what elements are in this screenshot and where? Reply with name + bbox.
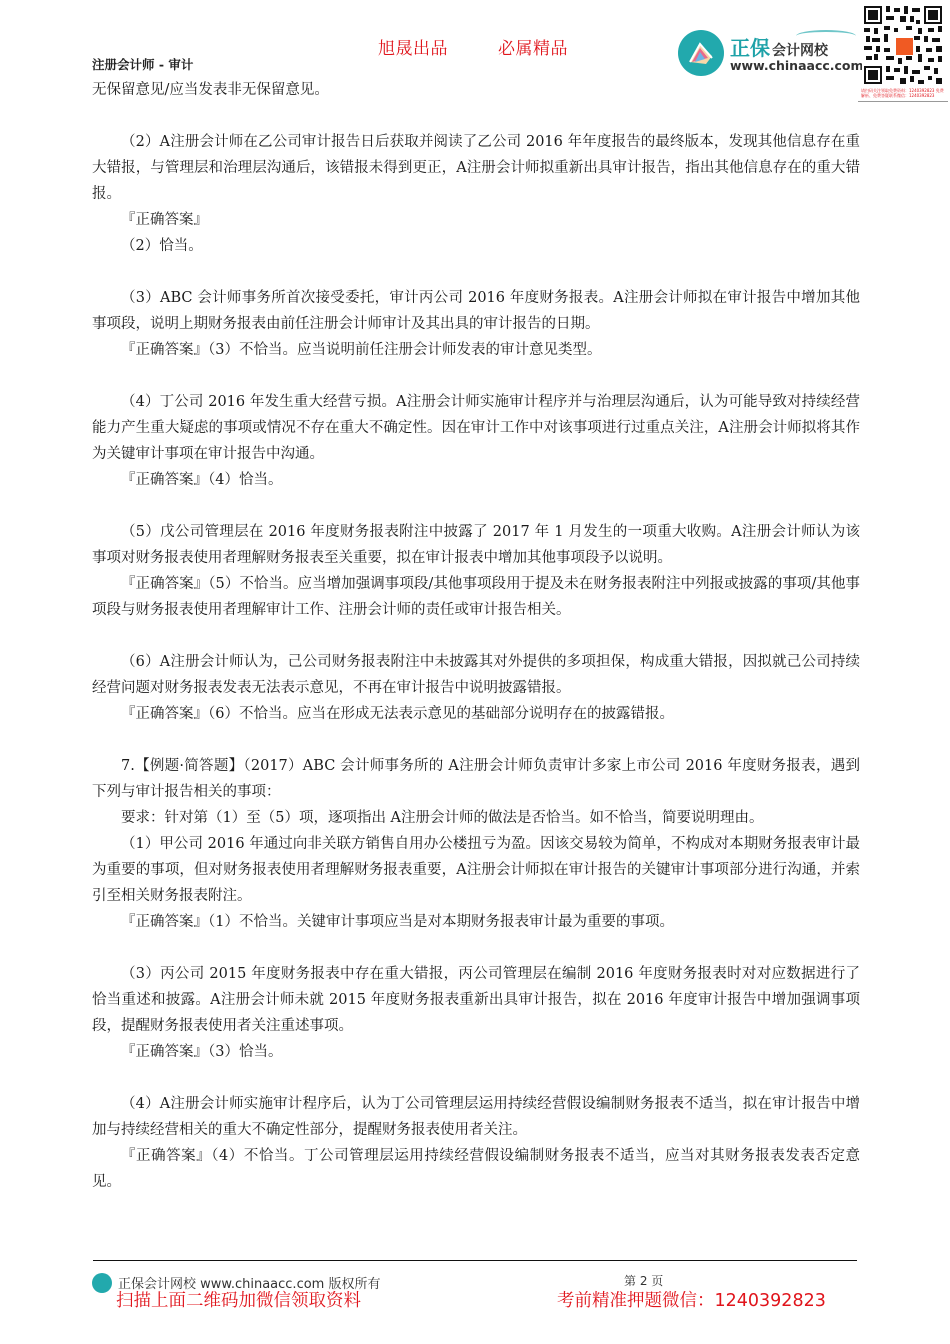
slogan-right: 必属精品 xyxy=(498,34,568,59)
logo-name-big: 正保 xyxy=(730,36,770,60)
document-body: 无保留意见/应当发表非无保留意见。（2）A注册会计师在乙公司审计报告日后获取并阅… xyxy=(92,77,860,1195)
paragraph: 『正确答案』（1）不恰当。关键审计事项应当是对本期财务报表审计最为重要的事项。 xyxy=(92,909,860,935)
paragraph: 要求：针对第（1）至（5）项，逐项指出 A注册会计师的做法是否恰当。如不恰当，简… xyxy=(92,805,860,831)
qr-code xyxy=(862,4,944,86)
paragraph: 『正确答案』（3）恰当。 xyxy=(92,1039,860,1065)
paragraph: （6）A注册会计师认为，己公司财务报表附注中未披露其对外提供的多项担保，构成重大… xyxy=(92,649,860,701)
footer-divider xyxy=(93,1260,857,1261)
footer-logo-icon xyxy=(92,1273,112,1293)
paragraph: （4）丁公司 2016 年发生重大经营亏损。A注册会计师实施审计程序并与治理层沟… xyxy=(92,389,860,467)
paragraph: 『正确答案』 xyxy=(92,207,860,233)
paragraph: （3）ABC 会计师事务所首次接受委托，审计丙公司 2016 年度财务报表。A注… xyxy=(92,285,860,337)
paragraph-gap xyxy=(92,493,860,519)
qr-divider xyxy=(858,101,948,102)
paragraph: 7.【例题·简答题】（2017）ABC 会计师事务所的 A注册会计师负责审计多家… xyxy=(92,753,860,805)
paragraph: （4）A注册会计师实施审计程序后，认为丁公司管理层运用持续经营假设编制财务报表不… xyxy=(92,1091,860,1143)
paragraph-gap xyxy=(92,103,860,129)
paragraph-gap xyxy=(92,623,860,649)
logo-emblem-icon xyxy=(678,30,724,76)
paragraph: （3）丙公司 2015 年度财务报表中存在重大错报，丙公司管理层在编制 2016… xyxy=(92,961,860,1039)
logo-name-small: 会计网校 xyxy=(772,43,828,59)
paragraph: 『正确答案』（6）不恰当。应当在形成无法表示意见的基础部分说明存在的披露错报。 xyxy=(92,701,860,727)
paragraph: 『正确答案』（4）恰当。 xyxy=(92,467,860,493)
paragraph: （1）甲公司 2016 年通过向非关联方销售自用办公楼扭亏为盈。因该交易较为简单… xyxy=(92,831,860,909)
paragraph: 『正确答案』（3）不恰当。应当说明前任注册会计师发表的审计意见类型。 xyxy=(92,337,860,363)
logo-name: 正保会计网校 xyxy=(730,32,828,61)
paragraph: 『正确答案』（5）不恰当。应当增加强调事项段/其他事项段用于提及未在财务报表附注… xyxy=(92,571,860,623)
paragraph: （2）A注册会计师在乙公司审计报告日后获取并阅读了乙公司 2016 年年度报告的… xyxy=(92,129,860,207)
qr-badge xyxy=(895,37,914,56)
paragraph: 无保留意见/应当发表非无保留意见。 xyxy=(92,77,860,103)
paragraph: （2）恰当。 xyxy=(92,233,860,259)
paragraph: 『正确答案』（4）不恰当。丁公司管理层运用持续经营假设编制财务报表不适当，应当对… xyxy=(92,1143,860,1195)
paragraph-gap xyxy=(92,727,860,753)
subject-header: 注册会计师 - 审计 xyxy=(92,55,193,73)
paragraph-gap xyxy=(92,935,860,961)
promo-scan-qr: 扫描上面二维码加微信领取资料 xyxy=(116,1287,361,1312)
paragraph-gap xyxy=(92,259,860,285)
logo-url: www.chinaacc.com xyxy=(730,58,864,73)
paragraph-gap xyxy=(92,363,860,389)
qr-caption: 请扫码关注领取免费资料：1240392823 免费解析、免费答疑联系微信：124… xyxy=(861,88,947,98)
slogan-left: 旭晟出品 xyxy=(378,34,448,59)
chinaacc-logo: 正保会计网校 www.chinaacc.com xyxy=(678,28,858,80)
promo-wechat: 考前精准押题微信：1240392823 xyxy=(557,1287,826,1312)
paragraph: （5）戊公司管理层在 2016 年度财务报表附注中披露了 2017 年 1 月发… xyxy=(92,519,860,571)
paragraph-gap xyxy=(92,1065,860,1091)
